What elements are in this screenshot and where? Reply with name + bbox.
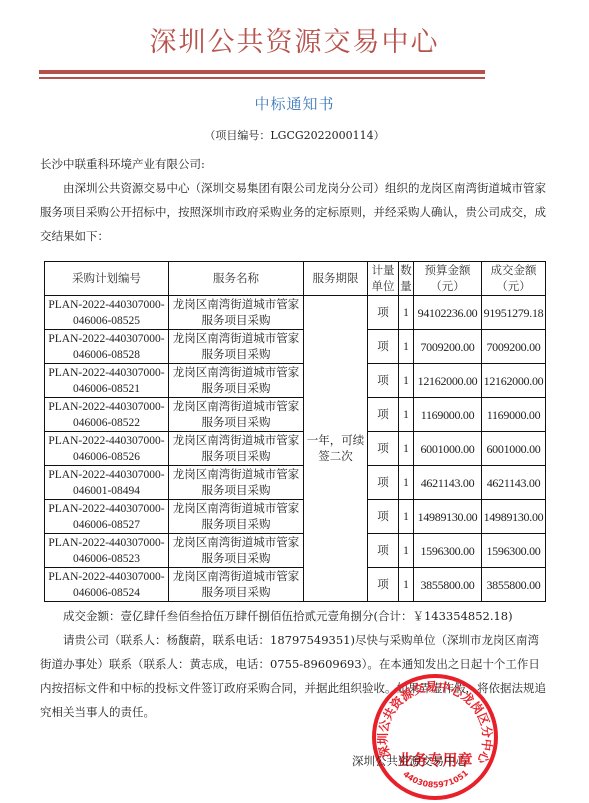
table-row: PLAN-2022-440307000-046001-08494龙岗区南湾街道城… [45, 466, 546, 500]
results-table: 采购计划编号 服务名称 服务期限 计量单位 数量 预算金额（元） 成交金额（元）… [44, 261, 546, 602]
table-row: PLAN-2022-440307000-046006-08525龙岗区南湾街道城… [45, 296, 546, 330]
cell-service-name: 龙岗区南湾街道城市管家服务项目采购 [169, 568, 304, 602]
header-plan-no: 采购计划编号 [45, 262, 169, 296]
project-number: （项目编号：LGCG2022000114） [0, 127, 589, 143]
svg-text:4403085971051: 4403085971051 [401, 768, 470, 789]
cell-budget: 6001000.00 [414, 432, 482, 466]
cell-deal: 12162000.00 [482, 364, 546, 398]
cell-plan-no: PLAN-2022-440307000-046006-08523 [45, 534, 169, 568]
cell-qty: 1 [399, 500, 414, 534]
total-amount: 成交金额：壹亿肆仟叁佰叁拾伍万肆仟捌佰伍拾贰元壹角捌分(合计：￥14335485… [40, 604, 550, 628]
cell-qty: 1 [399, 534, 414, 568]
cell-deal: 1169000.00 [482, 398, 546, 432]
cell-budget: 94102236.00 [414, 296, 482, 330]
cell-service-name: 龙岗区南湾街道城市管家服务项目采购 [169, 398, 304, 432]
table-row: PLAN-2022-440307000-046006-08521龙岗区南湾街道城… [45, 364, 546, 398]
cell-deal: 6001000.00 [482, 432, 546, 466]
header-service-period: 服务期限 [304, 262, 368, 296]
cell-plan-no: PLAN-2022-440307000-046006-08521 [45, 364, 169, 398]
table-row: PLAN-2022-440307000-046006-08522龙岗区南湾街道城… [45, 398, 546, 432]
cell-plan-no: PLAN-2022-440307000-046006-08522 [45, 398, 169, 432]
header-budget: 预算金额（元） [414, 262, 482, 296]
cell-unit: 项 [368, 398, 399, 432]
cell-budget: 14989130.00 [414, 500, 482, 534]
cell-plan-no: PLAN-2022-440307000-046006-08526 [45, 432, 169, 466]
cell-unit: 项 [368, 330, 399, 364]
cell-deal: 3855800.00 [482, 568, 546, 602]
cell-qty: 1 [399, 568, 414, 602]
cell-qty: 1 [399, 296, 414, 330]
cell-qty: 1 [399, 432, 414, 466]
addressee: 长沙中联重科环境产业有限公司: [40, 152, 550, 176]
table-row: PLAN-2022-440307000-046006-08528龙岗区南湾街道城… [45, 330, 546, 364]
cell-plan-no: PLAN-2022-440307000-046001-08494 [45, 466, 169, 500]
cell-budget: 7009200.00 [414, 330, 482, 364]
cell-plan-no: PLAN-2022-440307000-046006-08527 [45, 500, 169, 534]
cell-service-name: 龙岗区南湾街道城市管家服务项目采购 [169, 364, 304, 398]
cell-unit: 项 [368, 364, 399, 398]
cell-budget: 1169000.00 [414, 398, 482, 432]
cell-qty: 1 [399, 466, 414, 500]
header-unit: 计量单位 [368, 262, 399, 296]
table-row: PLAN-2022-440307000-046006-08527龙岗区南湾街道城… [45, 500, 546, 534]
cell-service-name: 龙岗区南湾街道城市管家服务项目采购 [169, 432, 304, 466]
cell-deal: 1596300.00 [482, 534, 546, 568]
cell-unit: 项 [368, 568, 399, 602]
cell-deal: 7009200.00 [482, 330, 546, 364]
cell-service-name: 龙岗区南湾街道城市管家服务项目采购 [169, 296, 304, 330]
intro-paragraph: 由深圳公共资源交易中心（深圳交易集团有限公司龙岗分公司）组织的龙岗区南湾街道城市… [40, 176, 550, 248]
cell-unit: 项 [368, 466, 399, 500]
cell-plan-no: PLAN-2022-440307000-046006-08524 [45, 568, 169, 602]
header-deal: 成交金额（元） [482, 262, 546, 296]
official-seal-icon: 深圳公共资源交易中心龙岗区分中心 业务专用章 4403085971051 [370, 672, 500, 802]
cell-unit: 项 [368, 534, 399, 568]
cell-plan-no: PLAN-2022-440307000-046006-08528 [45, 330, 169, 364]
table-row: PLAN-2022-440307000-046006-08523龙岗区南湾街道城… [45, 534, 546, 568]
cell-unit: 项 [368, 432, 399, 466]
cell-budget: 1596300.00 [414, 534, 482, 568]
signature: 深圳公共资源交易中心 [352, 753, 467, 769]
cell-service-name: 龙岗区南湾街道城市管家服务项目采购 [169, 330, 304, 364]
table-header-row: 采购计划编号 服务名称 服务期限 计量单位 数量 预算金额（元） 成交金额（元） [45, 262, 546, 296]
org-title: 深圳公共资源交易中心 [0, 20, 589, 59]
header-rule-thick [39, 70, 485, 74]
cell-budget: 4621143.00 [414, 466, 482, 500]
cell-service-name: 龙岗区南湾街道城市管家服务项目采购 [169, 466, 304, 500]
cell-qty: 1 [399, 398, 414, 432]
header-rule-thin [39, 77, 485, 79]
cell-service-name: 龙岗区南湾街道城市管家服务项目采购 [169, 534, 304, 568]
cell-deal: 91951279.18 [482, 296, 546, 330]
header-qty: 数量 [399, 262, 414, 296]
doc-title: 中标通知书 [0, 93, 589, 114]
cell-plan-no: PLAN-2022-440307000-046006-08525 [45, 296, 169, 330]
cell-budget: 12162000.00 [414, 364, 482, 398]
cell-unit: 项 [368, 500, 399, 534]
cell-qty: 1 [399, 330, 414, 364]
cell-deal: 14989130.00 [482, 500, 546, 534]
table-row: PLAN-2022-440307000-046006-08526龙岗区南湾街道城… [45, 432, 546, 466]
cell-service-name: 龙岗区南湾街道城市管家服务项目采购 [169, 500, 304, 534]
cell-qty: 1 [399, 364, 414, 398]
header-service-name: 服务名称 [169, 262, 304, 296]
table-row: PLAN-2022-440307000-046006-08524龙岗区南湾街道城… [45, 568, 546, 602]
cell-unit: 项 [368, 296, 399, 330]
cell-service-period: 一年，可续签二次 [304, 296, 368, 602]
cell-deal: 4621143.00 [482, 466, 546, 500]
cell-budget: 3855800.00 [414, 568, 482, 602]
